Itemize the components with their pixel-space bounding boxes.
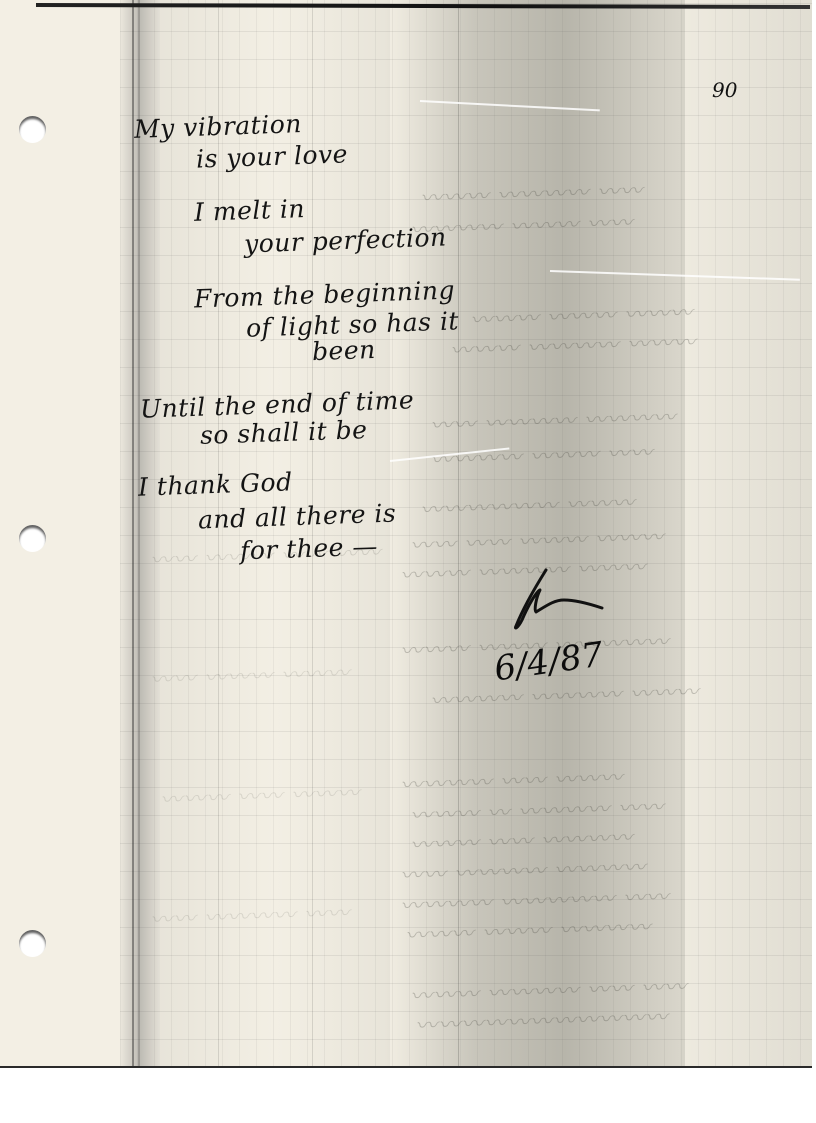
hole-punch [19, 116, 46, 143]
poem-line: is your love [196, 139, 349, 173]
poem-line: My vibration [134, 109, 303, 144]
poem-line: for thee — [240, 532, 379, 566]
margin-line [138, 0, 140, 1068]
margin-line [132, 0, 134, 1068]
hole-punch [19, 930, 46, 957]
poem-line: so shall it be [200, 415, 368, 450]
signature-mark [506, 566, 616, 636]
document-page: 〰〰〰 〰〰〰〰 〰〰 〰〰〰〰 〰〰〰 〰〰 〰〰〰 〰〰〰 〰〰〰 〰〰〰 … [0, 0, 812, 1068]
hole-punch [19, 525, 46, 552]
page-number: 90 [712, 78, 737, 102]
poem-line: I melt in [194, 194, 306, 227]
page-bottom-edge [0, 1066, 812, 1068]
poem-line: been [312, 335, 377, 366]
poem-line: I thank God [138, 467, 294, 501]
